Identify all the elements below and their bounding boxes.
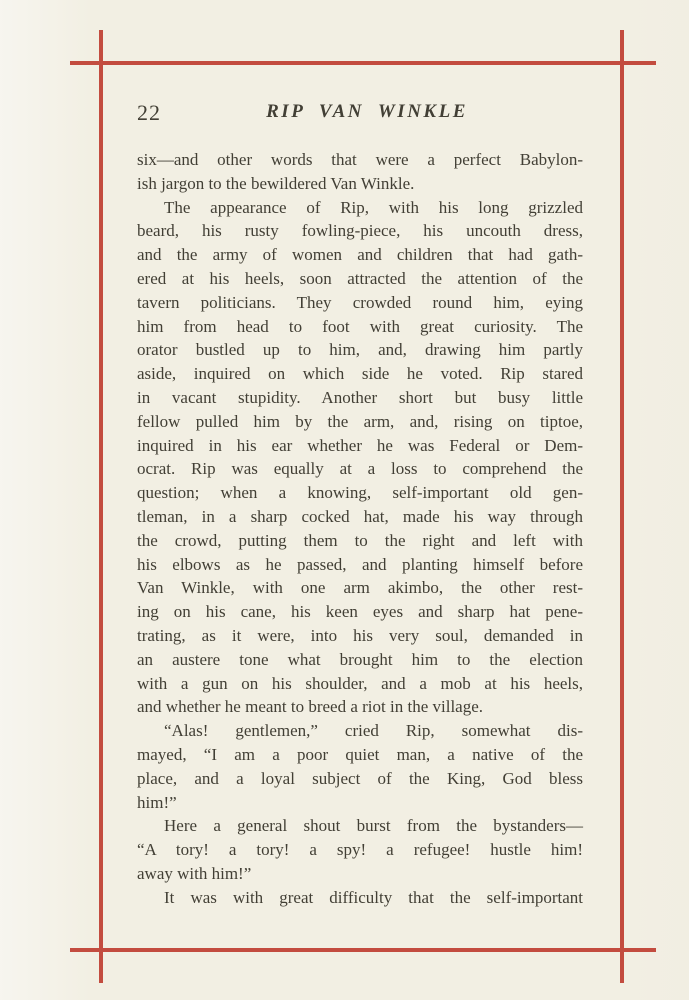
text-line: ocrat. Rip was equally at a loss to comp…	[137, 457, 583, 481]
frame-line-left	[99, 30, 103, 983]
text-line: tleman, in a sharp cocked hat, made his …	[137, 505, 583, 529]
text-line: beard, his rusty fowling-piece, his unco…	[137, 219, 583, 243]
text-line: with a gun on his shoulder, and a mob at…	[137, 672, 583, 696]
text-line: and whether he meant to breed a riot in …	[137, 695, 583, 719]
text-line: “Alas! gentlemen,” cried Rip, somewhat d…	[137, 719, 583, 743]
page-header: 22 RIP VAN WINKLE	[137, 100, 583, 130]
text-line: trating, as it were, into his very soul,…	[137, 624, 583, 648]
frame-line-top	[70, 61, 656, 65]
text-line: “A tory! a tory! a spy! a refugee! hustl…	[137, 838, 583, 862]
text-line: aside, inquired on which side he voted. …	[137, 362, 583, 386]
text-line: inquired in his ear whether he was Feder…	[137, 434, 583, 458]
text-line: orator bustled up to him, and, drawing h…	[137, 338, 583, 362]
text-line: ish jargon to the bewildered Van Winkle.	[137, 172, 583, 196]
text-line: question; when a knowing, self-important…	[137, 481, 583, 505]
text-line: ered at his heels, soon attracted the at…	[137, 267, 583, 291]
body-text: six—and other words that were a perfect …	[137, 148, 583, 910]
text-line: Here a general shout burst from the byst…	[137, 814, 583, 838]
text-line: ing on his cane, his keen eyes and sharp…	[137, 600, 583, 624]
text-line: tavern politicians. They crowded round h…	[137, 291, 583, 315]
text-line: The appearance of Rip, with his long gri…	[137, 196, 583, 220]
text-line: away with him!”	[137, 862, 583, 886]
text-line: his elbows as he passed, and planting hi…	[137, 553, 583, 577]
frame-line-bottom	[70, 948, 656, 952]
text-line: in vacant stupidity. Another short but b…	[137, 386, 583, 410]
text-line: fellow pulled him by the arm, and, risin…	[137, 410, 583, 434]
text-line: him!”	[137, 791, 583, 815]
text-line: Van Winkle, with one arm akimbo, the oth…	[137, 576, 583, 600]
text-line: the crowd, putting them to the right and…	[137, 529, 583, 553]
text-line: mayed, “I am a poor quiet man, a native …	[137, 743, 583, 767]
text-line: It was with great difficulty that the se…	[137, 886, 583, 910]
book-page: 22 RIP VAN WINKLE six—and other words th…	[0, 0, 689, 1000]
frame-line-right	[620, 30, 624, 983]
text-line: an austere tone what brought him to the …	[137, 648, 583, 672]
text-line: him from head to foot with great curiosi…	[137, 315, 583, 339]
text-line: place, and a loyal subject of the King, …	[137, 767, 583, 791]
text-line: and the army of women and children that …	[137, 243, 583, 267]
text-line: six—and other words that were a perfect …	[137, 148, 583, 172]
running-title: RIP VAN WINKLE	[137, 101, 583, 123]
